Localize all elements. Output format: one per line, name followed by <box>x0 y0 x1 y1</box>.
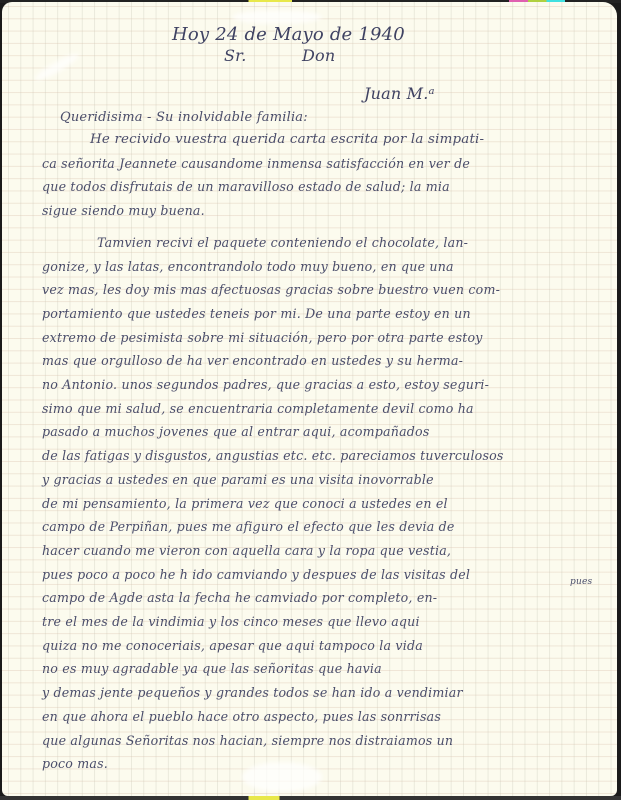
letter-line: campo de Agde asta la fecha he camviado … <box>42 590 437 605</box>
letter-page: Hoy 24 de Mayo de 1940 Sr. Don Juan M.ᵃ … <box>2 2 617 796</box>
salutation-don: Don <box>302 46 335 65</box>
letter-line: hacer cuando me vieron con aquella cara … <box>42 543 451 558</box>
letter-line: portamiento que ustedes teneis por mi. D… <box>42 306 471 321</box>
letter-line: y gracias a ustedes en que parami es una… <box>42 472 434 487</box>
paper-crease <box>242 762 322 792</box>
letter-line: quiza no me conoceriais, apesar que aqui… <box>42 638 423 653</box>
letter-line: campo de Perpiñan, pues me afiguro el ef… <box>42 519 455 534</box>
letter-line: ca señorita Jeannete causandome inmensa … <box>42 156 470 171</box>
letter-line: en que ahora el pueblo hace otro aspecto… <box>42 709 441 724</box>
letter-line: Tamvien recivi el paquete conteniendo el… <box>97 235 468 250</box>
salutation-prefix: Sr. <box>224 46 247 65</box>
recipient-name: Juan M.ᵃ <box>364 84 435 103</box>
margin-note: pues <box>570 577 592 587</box>
letter-line: no Antonio. unos segundos padres, que gr… <box>42 377 489 392</box>
letter-line: que algunas Señoritas nos hacian, siempr… <box>42 733 453 748</box>
letter-line: vez mas, les doy mis mas afectuosas grac… <box>42 282 500 297</box>
letter-line: simo que mi salud, se encuentraria compl… <box>42 401 474 416</box>
greeting: Queridisima - Su inolvidable familia: <box>60 110 308 125</box>
letter-line: poco mas. <box>42 756 108 771</box>
letter-line: sigue siendo muy buena. <box>42 203 205 218</box>
letter-line: no es muy agradable ya que las señoritas… <box>42 661 382 676</box>
paper-crease <box>33 50 81 84</box>
letter-line: de mi pensamiento, la primera vez que co… <box>42 496 448 511</box>
letter-line: de las fatigas y disgustos, angustias et… <box>42 448 504 463</box>
dateline: Hoy 24 de Mayo de 1940 <box>172 24 405 45</box>
letter-line: mas que orgulloso de ha ver encontrado e… <box>42 353 463 368</box>
letter-line: He recivido vuestra querida carta escrit… <box>90 132 484 147</box>
scan-edge-bottom <box>0 796 621 800</box>
letter-line: pasado a muchos jovenes que al entrar aq… <box>42 424 430 439</box>
letter-line: pues poco a poco he h ido camviando y de… <box>42 567 470 582</box>
letter-line: que todos disfrutais de un maravilloso e… <box>42 179 450 194</box>
paper-crease <box>232 10 322 24</box>
letter-line: y demas jente pequeños y grandes todos s… <box>42 685 463 700</box>
letter-line: tre el mes de la vindimia y los cinco me… <box>42 614 420 629</box>
letter-line: extremo de pesimista sobre mi situación,… <box>42 330 483 345</box>
letter-line: gonize, y las latas, encontrandolo todo … <box>42 259 454 274</box>
